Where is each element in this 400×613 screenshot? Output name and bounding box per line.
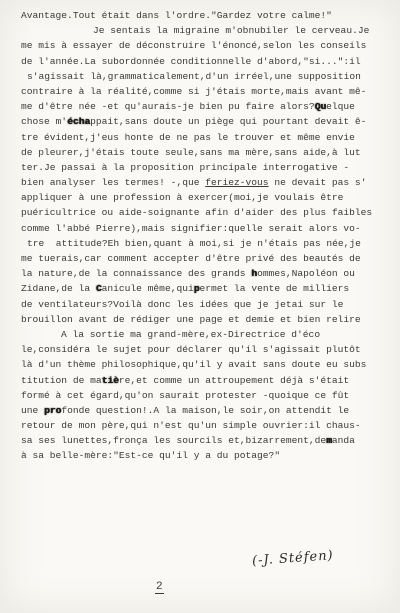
text-line: Avantage.Tout était dans l'ordre."Gardez… [21,8,389,23]
underlined-word: feriez-vous [205,177,268,188]
text-segment: anda [332,435,355,446]
text-line: formé à cet égard,qu'on saurait proteste… [21,388,389,403]
text-segment: ne devait pas s' [269,177,367,188]
text-segment: me mis à essayer de déconstruire l'énonc… [21,40,366,51]
text-line: de pleurer,j'étais toute seule,sans ma m… [21,145,389,160]
text-segment: bien analyser les termes! -,que [21,177,205,188]
text-line: brouillon avant de rédiger une page et d… [21,312,389,327]
text-line: chose m'échappait,sans doute un piège qu… [21,114,389,129]
text-segment: s'agissait là,grammaticalement,d'un irré… [27,71,361,82]
text-segment: tre attitude?Eh bien,quant à moi,si je n… [27,238,361,249]
overtyped-text: Qu [315,101,327,112]
text-segment: de ventilateurs?Voilà donc les idées que… [21,299,343,310]
text-line: retour de mon père,qui n'est qu'un simpl… [21,418,389,433]
text-line: le,considéra le sujet pour déclarer qu'i… [21,342,389,357]
text-line: une profonde question!.A la maison,le so… [21,403,389,418]
text-segment: tre évident,j'eus honte de ne pas le tro… [21,132,355,143]
text-segment: me d'être née -et qu'aurais-je bien pu f… [21,101,315,112]
typewritten-text: Avantage.Tout était dans l'ordre."Gardez… [21,8,389,464]
text-line: me d'être née -et qu'aurais-je bien pu f… [21,99,389,114]
text-line: tre évident,j'eus honte de ne pas le tro… [21,130,389,145]
text-segment: à sa belle-mère:"Est-ce qu'il y a du pot… [21,450,280,461]
text-line: ter.Je passai à la proposition principal… [21,160,389,175]
text-segment: fonde question!.A la maison,le soir,on a… [61,405,349,416]
text-line: me mis à essayer de déconstruire l'énonc… [21,38,389,53]
text-segment: contraire à la réalité,comme si j'étais … [21,86,366,97]
text-segment: Avantage.Tout était dans l'ordre."Gardez… [21,10,332,21]
text-segment: ppait,sans doute un piège qui pourtant d… [90,116,366,127]
text-segment: brouillon avant de rédiger une page et d… [21,314,361,325]
text-segment: retour de mon père,qui n'est qu'un simpl… [21,420,361,431]
text-line: appliquer à une profession à exercer(moi… [21,190,389,205]
text-segment: de pleurer,j'étais toute seule,sans ma m… [21,147,361,158]
text-line: comme l'abbé Pierre),mais signifier:quel… [21,221,389,236]
text-line: bien analyser les termes! -,que feriez-v… [21,175,389,190]
text-line: la nature,de la connaissance des grands … [21,266,389,281]
text-line: sa ses lunettes,fronça les sourcils et,b… [21,433,389,448]
text-segment: chose m' [21,116,67,127]
text-segment: ter.Je passai à la proposition principal… [21,162,349,173]
signature: (-J. Stéfen) [252,548,335,569]
text-segment: ommes,Napoléon ou [257,268,355,279]
text-segment: puéricultrice ou aide-soignante afin d'a… [21,207,372,218]
text-segment: le,considéra le sujet pour déclarer qu'i… [21,344,361,355]
page-number: 2 [155,581,164,594]
text-segment: Je sentais la migraine m'obnubiler le ce… [93,25,369,36]
text-segment: Zidane,de la [21,283,96,294]
text-line: puéricultrice ou aide-soignante afin d'a… [21,205,389,220]
text-line: A la sortie ma grand-mère,ex-Directrice … [21,327,389,342]
text-line: s'agissait là,grammaticalement,d'un irré… [21,69,389,84]
text-segment: titution de ma [21,375,102,386]
overtyped-text: écha [67,116,90,127]
text-segment: A la sortie ma grand-mère,ex-Directrice … [61,329,320,340]
text-line: de ventilateurs?Voilà donc les idées que… [21,297,389,312]
overtyped-text: pro [44,405,61,416]
text-line: de l'année.La subordonnée conditionnelle… [21,54,389,69]
text-segment: de l'année.La subordonnée conditionnelle… [21,56,361,67]
overtyped-text: tiè [102,375,119,386]
text-segment: ermet la vente de milliers [200,283,350,294]
text-segment: formé à cet égard,qu'on saurait proteste… [21,390,349,401]
text-segment: appliquer à une profession à exercer(moi… [21,192,343,203]
text-line: titution de matière,et comme un attroupe… [21,373,389,388]
text-segment: comme l'abbé Pierre),mais signifier:quel… [21,223,361,234]
text-segment: elque [326,101,355,112]
document-page: Avantage.Tout était dans l'ordre."Gardez… [0,0,400,613]
text-segment: là d'un thème philosophique,qu'il y avai… [21,359,366,370]
text-segment: une [21,405,44,416]
text-line: Zidane,de la Canicule même,quipermet la … [21,281,389,296]
text-segment: anicule même,qui [102,283,194,294]
text-segment: la nature,de la connaissance des grands [21,268,251,279]
text-line: tre attitude?Eh bien,quant à moi,si je n… [21,236,389,251]
text-segment: sa ses lunettes,fronça les sourcils et,b… [21,435,326,446]
text-line: me tuerais,car comment accepter d'être p… [21,251,389,266]
text-line: contraire à la réalité,comme si j'étais … [21,84,389,99]
text-segment: re,et comme un attroupement déjà s'était [119,375,349,386]
text-segment: me tuerais,car comment accepter d'être p… [21,253,361,264]
text-line: à sa belle-mère:"Est-ce qu'il y a du pot… [21,448,389,463]
text-line: là d'un thème philosophique,qu'il y avai… [21,357,389,372]
text-line: Je sentais la migraine m'obnubiler le ce… [21,23,389,38]
